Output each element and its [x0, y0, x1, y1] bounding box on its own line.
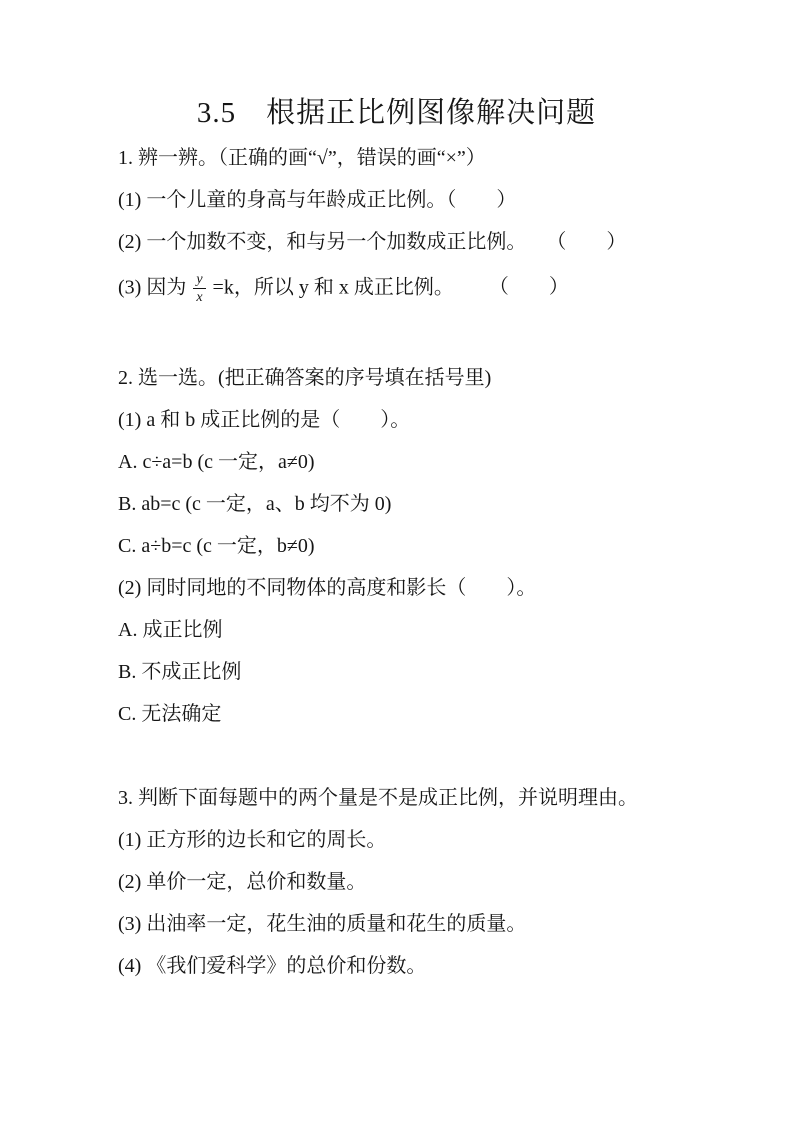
question-3: 3. 判断下面每题中的两个量是不是成正比例，并说明理由。 (1) 正方形的边长和…: [118, 786, 675, 978]
fraction-denominator: x: [193, 289, 205, 305]
q1-item-3: (3) 因为 y x =k，所以 y 和 x 成正比例。 （ ）: [118, 272, 675, 306]
page-title: 3.5 根据正比例图像解决问题: [118, 96, 675, 130]
q1-item-3-prefix: (3) 因为: [118, 276, 186, 298]
fraction-y-over-x: y x: [193, 272, 205, 306]
q3-item-4: (4) 《我们爱科学》的总价和份数。: [118, 954, 675, 978]
fraction-numerator: y: [193, 272, 205, 289]
question-1: 1. 辨一辨。（正确的画“√”，错误的画“×”） (1) 一个儿童的身高与年龄成…: [118, 146, 675, 306]
q1-item-1: (1) 一个儿童的身高与年龄成正比例。（ ）: [118, 188, 675, 212]
q1-item-2: (2) 一个加数不变，和与另一个加数成正比例。 （ ）: [118, 230, 675, 254]
q2-sub1-option-a: A. c÷a=b (c 一定，a≠0): [118, 450, 675, 474]
q2-sub1-option-c: C. a÷b=c (c 一定，b≠0): [118, 534, 675, 558]
q2-sub1-option-b: B. ab=c (c 一定，a、b 均不为 0): [118, 492, 675, 516]
question-2: 2. 选一选。(把正确答案的序号填在括号里) (1) a 和 b 成正比例的是（…: [118, 366, 675, 726]
q3-item-2: (2) 单价一定，总价和数量。: [118, 870, 675, 894]
q2-sub1-prompt: (1) a 和 b 成正比例的是（ ）。: [118, 408, 675, 432]
q2-heading: 2. 选一选。(把正确答案的序号填在括号里): [118, 366, 675, 390]
q2-sub2-option-c: C. 无法确定: [118, 702, 675, 726]
q1-item-3-answer-blank: （ ）: [489, 276, 569, 298]
q2-sub2-prompt: (2) 同时同地的不同物体的高度和影长（ ）。: [118, 576, 675, 600]
q2-sub2-option-a: A. 成正比例: [118, 618, 675, 642]
section-divider: [118, 744, 675, 786]
q1-heading: 1. 辨一辨。（正确的画“√”，错误的画“×”）: [118, 146, 675, 170]
q2-sub2-option-b: B. 不成正比例: [118, 660, 675, 684]
q3-item-1: (1) 正方形的边长和它的周长。: [118, 828, 675, 852]
worksheet-page: 3.5 根据正比例图像解决问题 1. 辨一辨。（正确的画“√”，错误的画“×”）…: [0, 0, 793, 1122]
q1-item-3-suffix: =k，所以 y 和 x 成正比例。: [213, 276, 454, 298]
section-divider: [118, 324, 675, 366]
q3-item-3: (3) 出油率一定，花生油的质量和花生的质量。: [118, 912, 675, 936]
q3-heading: 3. 判断下面每题中的两个量是不是成正比例，并说明理由。: [118, 786, 675, 810]
